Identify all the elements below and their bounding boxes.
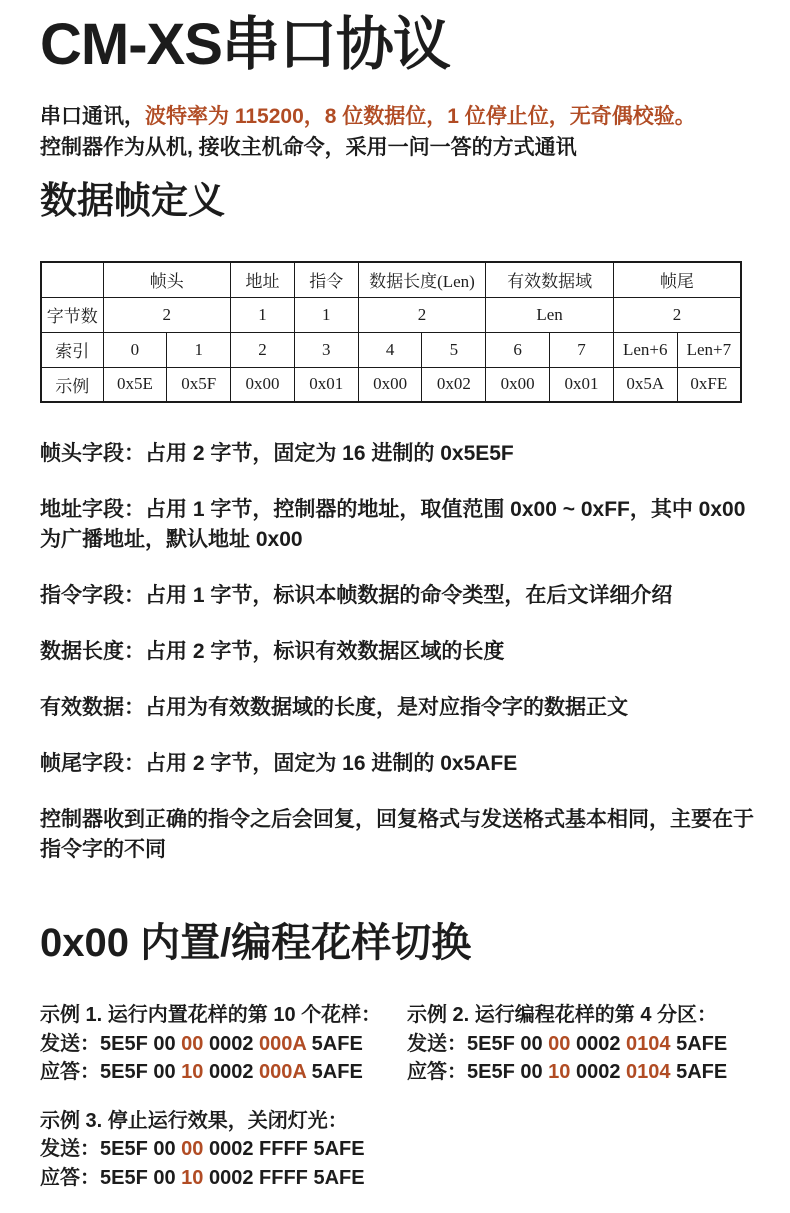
example-title: 示例 1. 运行内置花样的第 10 个花样： — [40, 1001, 407, 1030]
frame-table-row-index: 索引01234567Len+6Len+7 — [41, 332, 741, 367]
hex-segment: 5E5F 00 — [467, 1033, 548, 1055]
frame-table-cell: 有效数据域 — [486, 262, 614, 297]
intro-line-2: 控制器作为从机, 接收主机命令，采用一问一答的方式通讯 — [40, 132, 762, 163]
frame-table-cell: 1 — [231, 297, 295, 332]
hex-segment-accent: 0104 — [626, 1061, 671, 1083]
field-description-5: 有效数据：占用为有效数据域的长度，是对应指令字的数据正文 — [40, 693, 762, 723]
hex-segment-accent: 10 — [548, 1061, 570, 1083]
hex-segment-accent: 10 — [181, 1167, 203, 1189]
frame-table-cell: 0 — [103, 332, 167, 367]
hex-segment: 0002 — [203, 1033, 259, 1055]
hex-line-label: 发送： — [40, 1138, 100, 1160]
frame-table-cell: 0x01 — [550, 367, 614, 402]
frame-table-cell: 示例 — [41, 367, 103, 402]
frame-section-heading: 数据帧定义 — [40, 179, 762, 223]
intro-prefix: 串口通讯， — [40, 105, 145, 128]
frame-table-cell: 2 — [613, 297, 741, 332]
hex-segment: 0002 FFFF 5AFE — [203, 1138, 364, 1160]
frame-table-cell: 0x00 — [358, 367, 422, 402]
hex-segment: 0002 FFFF 5AFE — [203, 1167, 364, 1189]
examples-row: 示例 1. 运行内置花样的第 10 个花样：发送：5E5F 00 00 0002… — [40, 1001, 762, 1087]
command-section-heading: 0x00 内置/编程花样切换 — [40, 919, 762, 967]
field-description-4: 数据长度：占用 2 字节，标识有效数据区域的长度 — [40, 637, 762, 667]
hex-segment-accent: 000A — [259, 1061, 306, 1083]
page-title: CM-XS串口协议 — [40, 12, 762, 79]
frame-table-cell: Len+7 — [677, 332, 741, 367]
field-description-1: 帧头字段：占用 2 字节，固定为 16 进制的 0x5E5F — [40, 439, 762, 469]
frame-table-cell: 1 — [167, 332, 231, 367]
hex-segment: 0002 — [203, 1061, 259, 1083]
hex-segment-accent: 00 — [548, 1033, 570, 1055]
frame-table: 帧头地址指令数据长度(Len)有效数据域帧尾字节数2112Len2索引01234… — [40, 261, 742, 403]
frame-table-cell: Len+6 — [613, 332, 677, 367]
frame-table-row-byte-count: 字节数2112Len2 — [41, 297, 741, 332]
hex-segment: 5AFE — [306, 1033, 363, 1055]
frame-table-cell: 4 — [358, 332, 422, 367]
hex-line-label: 应答： — [40, 1167, 100, 1189]
example-title: 示例 2. 运行编程花样的第 4 分区： — [407, 1001, 762, 1030]
hex-line: 应答：5E5F 00 10 0002 000A 5AFE — [40, 1058, 407, 1087]
hex-segment-accent: 00 — [181, 1138, 203, 1160]
field-description-2: 地址字段：占用 1 字节，控制器的地址，取值范围 0x00 ~ 0xFF，其中 … — [40, 495, 762, 555]
frame-table-cell: 数据长度(Len) — [358, 262, 486, 297]
frame-table-cell: Len — [486, 297, 614, 332]
example-1: 示例 1. 运行内置花样的第 10 个花样：发送：5E5F 00 00 0002… — [40, 1001, 407, 1087]
field-description-7: 控制器收到正确的指令之后会回复，回复格式与发送格式基本相同，主要在于指令字的不同 — [40, 805, 762, 865]
hex-line: 应答：5E5F 00 10 0002 FFFF 5AFE — [40, 1164, 762, 1193]
hex-segment: 5E5F 00 — [467, 1061, 548, 1083]
frame-table-cell — [41, 262, 103, 297]
hex-segment-accent: 000A — [259, 1033, 306, 1055]
frame-table-cell: 帧头 — [103, 262, 231, 297]
frame-table-cell: 指令 — [294, 262, 358, 297]
field-descriptions: 帧头字段：占用 2 字节，固定为 16 进制的 0x5E5F地址字段：占用 1 … — [40, 439, 762, 865]
frame-table-cell: 5 — [422, 332, 486, 367]
hex-segment-accent: 0104 — [626, 1033, 671, 1055]
hex-line-label: 发送： — [407, 1033, 467, 1055]
frame-table-cell: 0x00 — [231, 367, 295, 402]
frame-table-row-example: 示例0x5E0x5F0x000x010x000x020x000x010x5A0x… — [41, 367, 741, 402]
frame-table-cell: 2 — [231, 332, 295, 367]
hex-line: 发送：5E5F 00 00 0002 FFFF 5AFE — [40, 1135, 762, 1164]
frame-table-cell: 0x01 — [294, 367, 358, 402]
example-3: 示例 3. 停止运行效果，关闭灯光：发送：5E5F 00 00 0002 FFF… — [40, 1107, 762, 1193]
hex-line: 应答：5E5F 00 10 0002 0104 5AFE — [407, 1058, 762, 1087]
hex-segment: 0002 — [570, 1033, 626, 1055]
frame-table-row-fields: 帧头地址指令数据长度(Len)有效数据域帧尾 — [41, 262, 741, 297]
frame-table-cell: 地址 — [231, 262, 295, 297]
frame-table-cell: 帧尾 — [613, 262, 741, 297]
frame-table-cell: 0x00 — [486, 367, 550, 402]
intro-line-1: 串口通讯，波特率为 115200，8 位数据位，1 位停止位，无奇偶校验。 — [40, 101, 762, 132]
hex-line: 发送：5E5F 00 00 0002 0104 5AFE — [407, 1030, 762, 1059]
hex-segment: 5E5F 00 — [100, 1033, 181, 1055]
example-title: 示例 3. 停止运行效果，关闭灯光： — [40, 1107, 762, 1136]
protocol-document: CM-XS串口协议 串口通讯，波特率为 115200，8 位数据位，1 位停止位… — [0, 0, 790, 1192]
frame-table-cell: 3 — [294, 332, 358, 367]
intro-highlight: 波特率为 115200，8 位数据位，1 位停止位，无奇偶校验。 — [145, 105, 696, 128]
hex-segment: 5AFE — [306, 1061, 363, 1083]
frame-table-cell: 6 — [486, 332, 550, 367]
hex-segment: 0002 — [570, 1061, 626, 1083]
frame-table-cell: 7 — [550, 332, 614, 367]
hex-segment-accent: 10 — [181, 1061, 203, 1083]
field-description-3: 指令字段：占用 1 字节，标识本帧数据的命令类型，在后文详细介绍 — [40, 581, 762, 611]
hex-segment-accent: 00 — [181, 1033, 203, 1055]
frame-table-cell: 2 — [103, 297, 231, 332]
hex-line-label: 应答： — [40, 1061, 100, 1083]
intro-paragraph: 串口通讯，波特率为 115200，8 位数据位，1 位停止位，无奇偶校验。 控制… — [40, 101, 762, 163]
hex-segment: 5AFE — [671, 1033, 728, 1055]
field-description-6: 帧尾字段：占用 2 字节，固定为 16 进制的 0x5AFE — [40, 749, 762, 779]
hex-segment: 5E5F 00 — [100, 1061, 181, 1083]
example-2: 示例 2. 运行编程花样的第 4 分区：发送：5E5F 00 00 0002 0… — [407, 1001, 762, 1087]
frame-table-cell: 0x5E — [103, 367, 167, 402]
frame-table-cell: 0xFE — [677, 367, 741, 402]
frame-table-cell: 2 — [358, 297, 486, 332]
frame-table-cell: 索引 — [41, 332, 103, 367]
hex-segment: 5AFE — [671, 1061, 728, 1083]
frame-table-body: 帧头地址指令数据长度(Len)有效数据域帧尾字节数2112Len2索引01234… — [41, 262, 741, 402]
hex-segment: 5E5F 00 — [100, 1167, 181, 1189]
frame-table-cell: 0x5A — [613, 367, 677, 402]
frame-table-cell: 字节数 — [41, 297, 103, 332]
hex-line: 发送：5E5F 00 00 0002 000A 5AFE — [40, 1030, 407, 1059]
hex-line-label: 发送： — [40, 1033, 100, 1055]
example3-row: 示例 3. 停止运行效果，关闭灯光：发送：5E5F 00 00 0002 FFF… — [40, 1107, 762, 1193]
frame-table-cell: 0x02 — [422, 367, 486, 402]
frame-table-cell: 0x5F — [167, 367, 231, 402]
hex-line-label: 应答： — [407, 1061, 467, 1083]
frame-table-cell: 1 — [294, 297, 358, 332]
hex-segment: 5E5F 00 — [100, 1138, 181, 1160]
